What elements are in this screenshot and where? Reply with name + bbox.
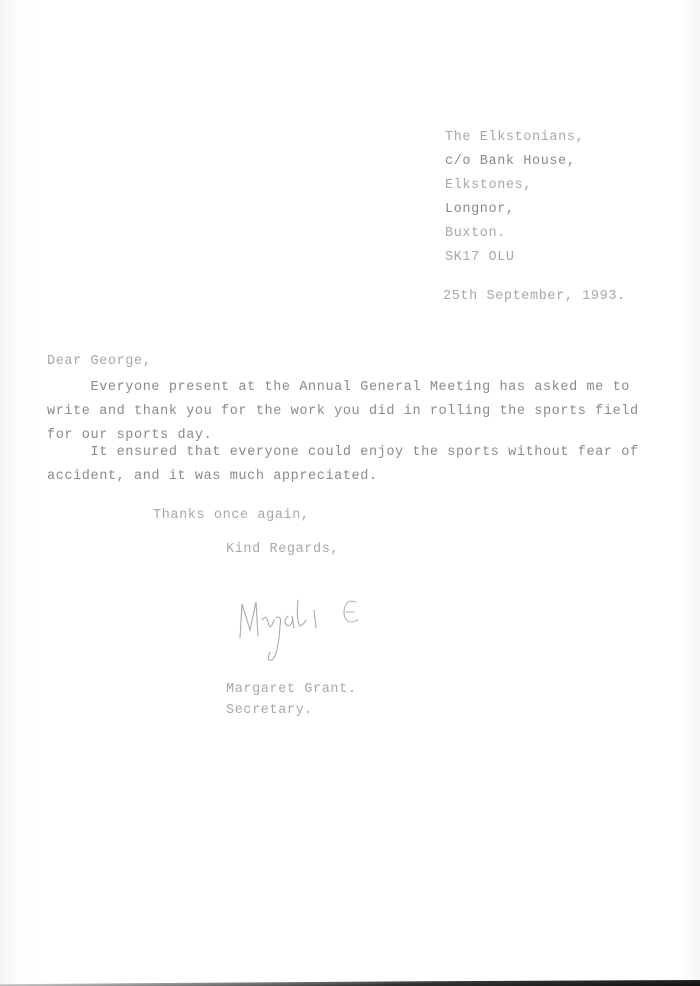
signatory-name: Margaret Grant. <box>226 682 357 697</box>
closing-regards: Kind Regards, <box>226 542 339 557</box>
body-line-2: write and thank you for the work you did… <box>47 404 639 419</box>
address-line-3: Elkstones, <box>445 178 532 193</box>
body-line-3: for our sports day. <box>47 428 212 443</box>
closing-thanks: Thanks once again, <box>153 508 310 523</box>
address-line-2: c/o Bank House, <box>445 154 576 169</box>
address-line-6: SK17 OLU <box>445 250 515 265</box>
handwritten-signature <box>236 590 376 670</box>
address-line-4: Longnor, <box>445 202 515 217</box>
address-line-1: The Elkstonians, <box>445 130 584 145</box>
body-line-5: accident, and it was much appreciated. <box>47 469 378 484</box>
salutation: Dear George, <box>47 354 151 369</box>
scan-bottom-edge <box>0 980 700 986</box>
signatory-title: Secretary. <box>226 703 313 718</box>
letter-page: The Elkstonians, c/o Bank House, Elkston… <box>0 0 700 986</box>
body-line-1: Everyone present at the Annual General M… <box>47 380 630 395</box>
body-line-4: It ensured that everyone could enjoy the… <box>47 445 639 460</box>
letter-date: 25th September, 1993. <box>443 289 626 304</box>
address-line-5: Buxton. <box>445 226 506 241</box>
